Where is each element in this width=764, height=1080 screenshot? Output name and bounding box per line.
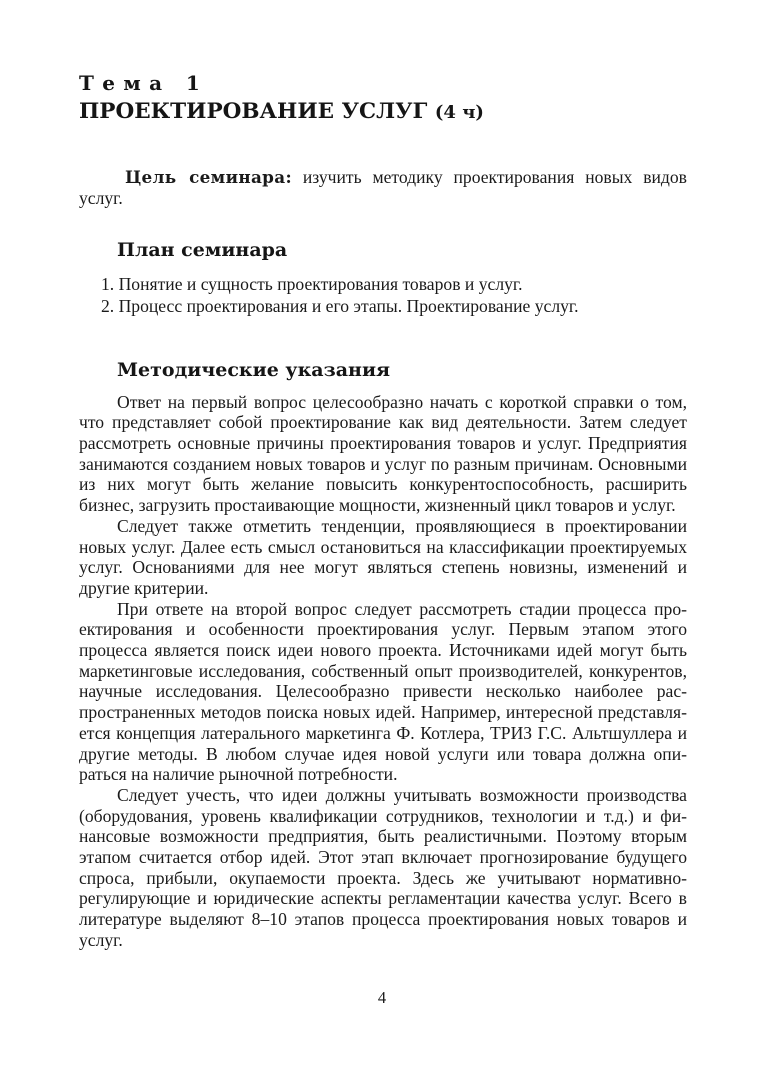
page-title-hours: (4 ч) [435, 102, 484, 123]
topic-label: Тема 1 [79, 71, 687, 95]
plan-list-item: 1. Понятие и сущность проектирования тов… [101, 274, 687, 296]
document-page: Тема 1 ПРОЕКТИРОВАНИЕ УСЛУГ (4 ч) Цель с… [0, 0, 764, 1080]
page-content: Тема 1 ПРОЕКТИРОВАНИЕ УСЛУГ (4 ч) Цель с… [79, 0, 687, 951]
plan-list-item: 2. Процесс проектирования и его этапы. П… [101, 296, 687, 318]
seminar-goal-label: Цель семинара: [125, 167, 292, 187]
guidelines-heading: Методические указания [117, 359, 687, 381]
guidelines-paragraph: Следует также отметить тенденции, проявл… [79, 516, 687, 599]
page-title-text: ПРОЕКТИРОВАНИЕ УСЛУГ [79, 99, 427, 124]
page-number: 4 [0, 988, 764, 1008]
seminar-goal-paragraph: Цель семинара: изучить методику проектир… [79, 167, 687, 209]
guidelines-paragraph: Ответ на первый вопрос целесообразно нач… [79, 392, 687, 516]
guidelines-paragraph: При ответе на второй вопрос следует расс… [79, 599, 687, 785]
guidelines-paragraph: Следует учесть, что идеи должны учитыват… [79, 785, 687, 951]
plan-heading: План семинара [117, 239, 687, 261]
page-title: ПРОЕКТИРОВАНИЕ УСЛУГ (4 ч) [79, 98, 687, 126]
plan-list: 1. Понятие и сущность проектирования тов… [101, 274, 687, 318]
